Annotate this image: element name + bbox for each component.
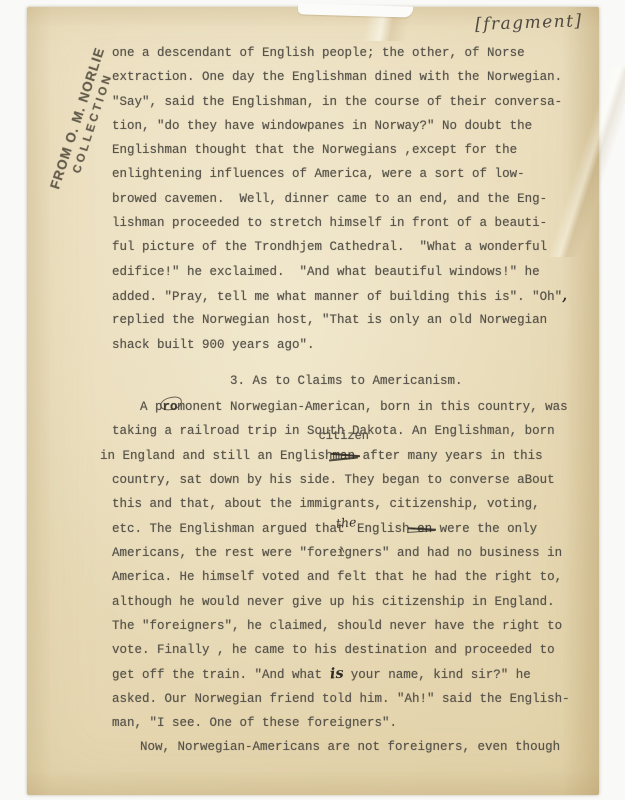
text-line: vote. Finally , he came to his destinati…: [112, 638, 582, 662]
typed-text: tion, "do they have windowpanes in Norwa…: [112, 119, 532, 133]
typed-text: edifice!" he exclaimed. "And what beauti…: [112, 265, 540, 279]
typewritten-text: one a descendant of English people; the …: [112, 41, 582, 760]
text-line: in England and still an Englishmancitize…: [100, 444, 582, 468]
text-line: shack built 900 years ago".: [112, 333, 582, 357]
text-line: America. He himself voted and felt that …: [112, 565, 582, 589]
typed-text: after many years in this: [355, 449, 543, 463]
typed-text: A p: [140, 400, 163, 414]
typed-text: although he would never give up his citi…: [112, 595, 555, 609]
text-line: lishman proceeded to stretch himself in …: [112, 211, 582, 235]
typed-text: Englishman thought that the Norwegians ,…: [112, 143, 517, 157]
typed-text: 3. As to Claims to Americanism.: [230, 374, 463, 388]
typed-text: your name, kind sir?" he: [343, 668, 531, 682]
text-line: although he would never give up his citi…: [112, 590, 582, 614]
typed-text: The "foreigners", he claimed, should nev…: [112, 619, 562, 633]
document-page: FROM O. M. NORLIE COLLECTION [fragment] …: [27, 7, 599, 795]
text-line: replied the Norwegian host, "That is onl…: [112, 308, 582, 332]
text-line: The "foreigners", he claimed, should nev…: [112, 614, 582, 638]
text-line: country, sat down by his side. They bega…: [112, 468, 582, 492]
struck-text: -en: [410, 517, 433, 541]
typed-text: Now, Norwegian-Americans are not foreign…: [140, 740, 560, 754]
typed-text: etc. The Englishman argued that: [112, 522, 345, 536]
typed-text: added. "Pray, tell me what manner of bui…: [112, 290, 562, 304]
text-line: extraction. One day the Englishman dined…: [112, 65, 582, 89]
text-line: edifice!" he exclaimed. "And what beauti…: [112, 260, 582, 284]
text-line: Englishman thought that the Norwegians ,…: [112, 138, 582, 162]
typed-text: get off the train. "And what: [112, 668, 330, 682]
text-line: this and that, about the immigrants, cit…: [112, 492, 582, 516]
typed-text: were the only: [432, 522, 537, 536]
handwritten-correction: is: [329, 662, 344, 687]
typed-text: vote. Finally , he came to his destinati…: [112, 643, 555, 657]
typed-text: enlightening influences of America, were…: [112, 167, 525, 181]
typed-text: shack built 900 years ago".: [112, 338, 315, 352]
typed-text: ful picture of the Trondhjem Cathedral. …: [112, 240, 547, 254]
text-line: browed cavemen. Well, dinner came to an …: [112, 187, 582, 211]
text-line: tion, "do they have windowpanes in Norwa…: [112, 114, 582, 138]
section-heading: 3. As to Claims to Americanism.: [112, 369, 582, 393]
text-line: Americans, the rest were "foreigners" an…: [112, 541, 582, 565]
text-line: etc. The Englishman argued thatthe Engli…: [112, 517, 582, 541]
typed-text: country, sat down by his side. They bega…: [112, 473, 555, 487]
text-line: ful picture of the Trondhjem Cathedral. …: [112, 235, 582, 259]
typed-text: asked. Our Norwegian friend told him. "A…: [112, 692, 570, 706]
text-line: get off the train. "And what is your nam…: [112, 662, 582, 686]
fragment-annotation: [fragment]: [475, 11, 583, 35]
typed-text: extraction. One day the Englishman dined…: [112, 70, 562, 84]
typed-text: one a descendant of English people; the …: [112, 46, 525, 60]
handwritten-correction: ,: [561, 284, 568, 309]
text-line: enlightening influences of America, were…: [112, 162, 582, 186]
typed-text: this and that, about the immigrants, cit…: [112, 497, 540, 511]
typed-text: English: [350, 522, 410, 536]
text-line: "Say", said the Englishman, in the cours…: [112, 90, 582, 114]
typed-text: Americans, the rest were "foreigners" an…: [112, 546, 562, 560]
text-line: added. "Pray, tell me what manner of bui…: [112, 284, 582, 308]
typed-text: in England and still an English: [100, 449, 333, 463]
typed-text: monent Norwegian-American, born in this …: [178, 400, 568, 414]
typed-text: man, "I see. One of these foreigners".: [112, 716, 397, 730]
typed-text: "Say", said the Englishman, in the cours…: [112, 95, 562, 109]
typed-text: browed cavemen. Well, dinner came to an …: [112, 192, 547, 206]
text-line: asked. Our Norwegian friend told him. "A…: [112, 687, 582, 711]
corrected-word: mancitizen: [333, 444, 356, 468]
text-line: A promonent Norwegian-American, born in …: [112, 395, 582, 419]
text-line: Now, Norwegian-Americans are not foreign…: [112, 735, 582, 759]
text-line: man, "I see. One of these foreigners".: [112, 711, 582, 735]
text-line: one a descendant of English people; the …: [112, 41, 582, 65]
typed-text: replied the Norwegian host, "That is onl…: [112, 313, 547, 327]
overwritten-text: ro: [163, 395, 178, 419]
typed-text: America. He himself voted and felt that …: [112, 570, 562, 584]
scanned-page-background: FROM O. M. NORLIE COLLECTION [fragment] …: [0, 0, 625, 800]
typed-text: lishman proceeded to stretch himself in …: [112, 216, 547, 230]
